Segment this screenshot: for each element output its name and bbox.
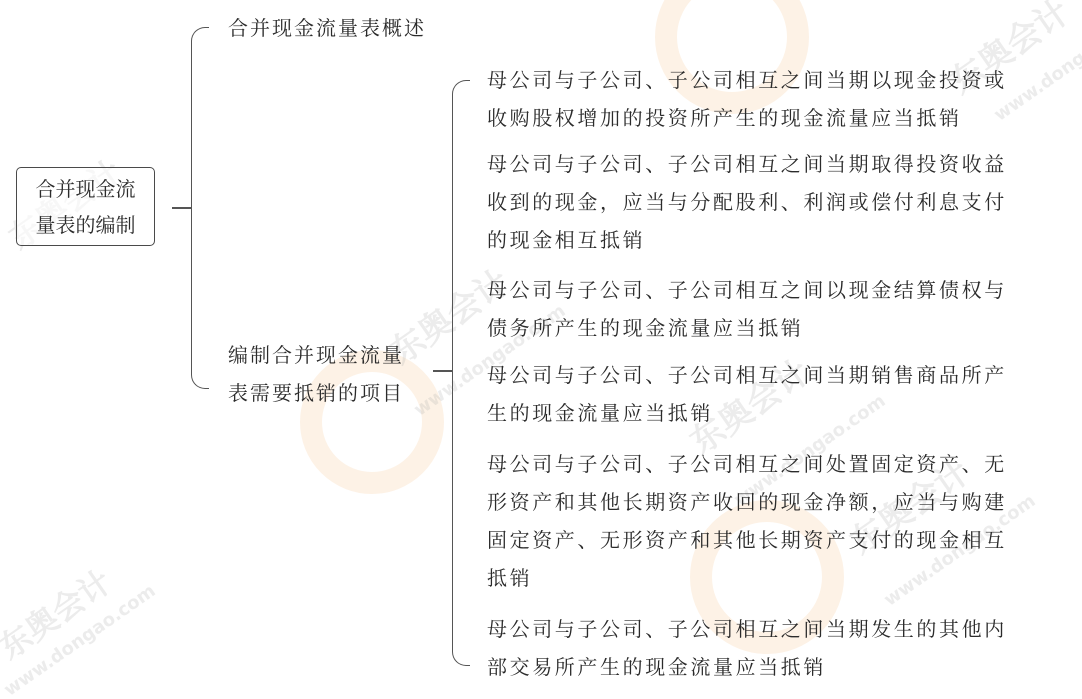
root-node[interactable]: 合并现金流 量表的编制 xyxy=(16,167,155,246)
elimination-item-investment-income[interactable]: 母公司与子公司、子公司相互之间当期取得投资收益 收到的现金，应当与分配股利、利润… xyxy=(487,145,1067,259)
branch-elimination-items-line1: 编制合并现金流量 xyxy=(228,336,404,374)
branch-elimination-items[interactable]: 编制合并现金流量 表需要抵销的项目 xyxy=(228,336,404,412)
item-line: 收到的现金，应当与分配股利、利润或偿付利息支付 xyxy=(487,183,1067,221)
item-line: 抵销 xyxy=(487,559,1067,597)
elimination-item-other-internal[interactable]: 母公司与子公司、子公司相互之间当期发生的其他内 部交易所产生的现金流量应当抵销 xyxy=(487,610,1067,686)
branch-overview[interactable]: 合并现金流量表概述 xyxy=(228,9,426,47)
root-connector xyxy=(172,207,192,209)
item-line: 生的现金流量应当抵销 xyxy=(487,394,1067,432)
item-line: 母公司与子公司、子公司相互之间处置固定资产、无 xyxy=(487,445,1067,483)
item-line: 收购股权增加的投资所产生的现金流量应当抵销 xyxy=(487,99,1067,137)
root-node-line1: 合并现金流 xyxy=(17,171,154,207)
item-line: 债务所产生的现金流量应当抵销 xyxy=(487,309,1067,347)
level1-bracket xyxy=(191,27,209,389)
elimination-item-debt-settlement[interactable]: 母公司与子公司、子公司相互之间以现金结算债权与 债务所产生的现金流量应当抵销 xyxy=(487,271,1067,347)
watermark-domain: www.dongao.com xyxy=(0,580,159,699)
item-line: 母公司与子公司、子公司相互之间当期以现金投资或 xyxy=(487,61,1067,99)
watermark-brand: 东奥会计 xyxy=(0,557,120,668)
elimination-item-investment[interactable]: 母公司与子公司、子公司相互之间当期以现金投资或 收购股权增加的投资所产生的现金流… xyxy=(487,61,1067,137)
item-line: 母公司与子公司、子公司相互之间以现金结算债权与 xyxy=(487,271,1067,309)
elimination-item-sales[interactable]: 母公司与子公司、子公司相互之间当期销售商品所产 生的现金流量应当抵销 xyxy=(487,356,1067,432)
item-line: 形资产和其他长期资产收回的现金净额，应当与购建 xyxy=(487,483,1067,521)
item-line: 母公司与子公司、子公司相互之间当期销售商品所产 xyxy=(487,356,1067,394)
branch-connector xyxy=(433,370,453,372)
root-node-line2: 量表的编制 xyxy=(17,207,154,243)
item-line: 的现金相互抵销 xyxy=(487,221,1067,259)
item-line: 母公司与子公司、子公司相互之间当期取得投资收益 xyxy=(487,145,1067,183)
branch-elimination-items-line2: 表需要抵销的项目 xyxy=(228,374,404,412)
elimination-item-asset-disposal[interactable]: 母公司与子公司、子公司相互之间处置固定资产、无 形资产和其他长期资产收回的现金净… xyxy=(487,445,1067,597)
item-line: 部交易所产生的现金流量应当抵销 xyxy=(487,648,1067,686)
item-line: 固定资产、无形资产和其他长期资产支付的现金相互 xyxy=(487,521,1067,559)
item-line: 母公司与子公司、子公司相互之间当期发生的其他内 xyxy=(487,610,1067,648)
level2-bracket xyxy=(452,80,470,666)
